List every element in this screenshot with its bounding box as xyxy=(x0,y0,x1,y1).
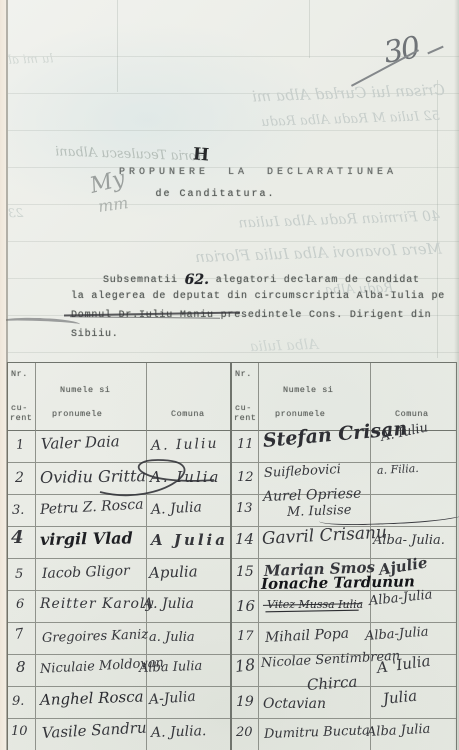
row-number: 20 xyxy=(236,726,253,739)
row-number: 12 xyxy=(237,471,254,484)
comuna-text: a. Julia xyxy=(149,631,195,644)
signature-text: Gregoires Kaniz xyxy=(42,628,149,645)
comuna-text: Alba-Julia xyxy=(365,626,429,643)
declaration-text: alegatori declaram de candidat xyxy=(216,275,420,286)
scanned-document-page: Crisan lui Curlad Alba mi 52 Iulia M Rad… xyxy=(0,0,459,750)
header-text: Nr. xyxy=(11,369,28,379)
row-number: 14 xyxy=(235,532,254,547)
header-text: rent xyxy=(234,413,256,423)
bleedthrough-text: 23 xyxy=(8,206,24,221)
col-header-nr: Nr. cu- rent xyxy=(232,363,259,431)
row-number: 7 xyxy=(14,627,25,642)
name-cell: Reitter Karoly xyxy=(36,591,147,623)
row-number-cell: 17 xyxy=(232,623,259,655)
comuna-text: A-Julia xyxy=(149,690,197,707)
signature-text: Vasile Sandru xyxy=(42,721,147,741)
signature-text: Chirca xyxy=(306,674,357,692)
name-cell: Dumitru Bucuta xyxy=(259,719,371,750)
row-number: 15 xyxy=(236,565,254,579)
comuna-cell: Alba Iulia xyxy=(147,655,230,687)
comuna-text: A. Julia xyxy=(143,597,194,611)
name-cell: Stefan Crisan xyxy=(259,431,371,463)
header-text: pronumele xyxy=(52,409,102,419)
signature-text: Reitter Karoly xyxy=(40,597,154,611)
comuna-text: Alba Iulia xyxy=(139,660,203,675)
name-cell: Anghel Rosca xyxy=(36,687,147,719)
comuna-cell: Alba Julia xyxy=(371,719,456,750)
row-number-cell: 4 xyxy=(8,527,36,559)
header-text: rent xyxy=(10,413,32,423)
row-number: 4 xyxy=(11,529,24,547)
comuna-cell: Alba-Julia xyxy=(371,591,456,623)
name-cell: Aurel Opriese M. Iulsise xyxy=(259,495,371,527)
header-text: pronumele xyxy=(275,409,325,419)
signature-text: virgil Vlad xyxy=(40,530,133,548)
row-number: 3. xyxy=(12,504,24,517)
comuna-text: Julia xyxy=(382,688,418,706)
row-number-cell: 11 xyxy=(232,431,259,463)
comuna-cell: a. Julia xyxy=(147,623,230,655)
declaration-line-4: Sibiiu. xyxy=(71,329,119,340)
name-cell: Iacob Gligor xyxy=(36,559,147,591)
row-number: 16 xyxy=(236,599,255,614)
comuna-text: a. Filia. xyxy=(377,463,419,476)
row-number-cell: 14 xyxy=(232,527,259,559)
signature-text: Aurel Opriese xyxy=(263,487,362,504)
declaration-line-3: Domnul Dr.Iuliu Maniu presedintele Cons.… xyxy=(71,310,431,321)
declaration-line-1: Subsemnatii 62. alegatori declaram de ca… xyxy=(103,272,420,288)
comuna-cell: Apulia xyxy=(147,559,230,591)
comuna-cell: A 'Iulia xyxy=(371,655,456,687)
header-text: Numele si xyxy=(283,385,333,395)
comuna-cell: A Julia xyxy=(147,527,230,559)
scan-edge xyxy=(454,0,459,750)
row-number: 9. xyxy=(12,695,24,708)
signature-text: Iacob Gligor xyxy=(42,564,130,581)
comuna-cell: Julia xyxy=(371,687,456,719)
bleedthrough-line xyxy=(117,0,118,92)
row-number-cell: 8 xyxy=(8,655,36,687)
header-text: cu- xyxy=(11,403,28,413)
row-number-cell: 15 xyxy=(232,559,259,591)
document-subtitle: de Canditatura. xyxy=(108,189,323,200)
row-number: 1 xyxy=(16,438,25,452)
row-number-cell: 1 xyxy=(8,431,36,463)
row-number: 13 xyxy=(236,502,253,515)
comuna-cell: A. Julia xyxy=(147,591,230,623)
bleedthrough-line xyxy=(309,0,310,58)
bleedthrough-text: Alba Iulia xyxy=(250,337,319,355)
col-header-nr: Nr. cu- rent xyxy=(8,363,36,431)
signature-text: Anghel Rosca xyxy=(40,689,144,708)
signature-text: Gavril Crisanu xyxy=(262,524,388,548)
row-number-cell: 13 xyxy=(232,495,259,527)
row-number-cell: 2 xyxy=(8,463,36,495)
row-number-cell: 7 xyxy=(8,623,36,655)
ink-initial-mark: H xyxy=(192,144,209,165)
overwritten-signature: Ionache Tardunun xyxy=(261,574,415,592)
header-text: Numele si xyxy=(60,385,110,395)
declaration-line-2: la alegerea de deputat din circumscripti… xyxy=(71,291,445,302)
header-text: cu- xyxy=(235,403,252,413)
row-number-cell: 5 xyxy=(8,559,36,591)
header-text: Comuna xyxy=(171,409,205,419)
candidates-table-left: Nr. cu- rent Numele si pronumele Comuna … xyxy=(7,362,231,750)
name-cell: virgil Vlad xyxy=(36,527,147,559)
comuna-text: A. Julia. xyxy=(151,724,207,740)
row-number: 11 xyxy=(237,438,254,451)
row-number: 8 xyxy=(16,660,26,675)
row-number-cell: 3. xyxy=(8,495,36,527)
row-number: 17 xyxy=(237,630,254,643)
row-number-cell: 20 xyxy=(232,719,259,750)
row-number-cell: 19 xyxy=(232,687,259,719)
comuna-cell: A. Julia. xyxy=(147,719,230,750)
col-header-name: Numele si pronumele xyxy=(36,363,147,431)
name-cell: Gavril Crisanu xyxy=(259,527,371,559)
comuna-cell: A. Iuliu xyxy=(371,431,456,463)
comuna-text: Alba- Julia. xyxy=(373,534,445,547)
row-number-cell: 10 xyxy=(8,719,36,750)
signature-flourish xyxy=(92,450,232,510)
row-number-cell: 12 xyxy=(232,463,259,495)
candidates-table-right: Nr. cu- rent Numele si pronumele Comuna … xyxy=(231,362,457,750)
comuna-cell: Alba- Julia. xyxy=(371,527,456,559)
col-header-comuna: Comuna xyxy=(147,363,230,431)
document-title: PROPUNERE LA DECLARATIUNEA xyxy=(88,167,428,178)
comuna-text: A Julia xyxy=(151,533,228,548)
row-number: 5 xyxy=(15,568,23,581)
comuna-text: Alba-Julia xyxy=(368,588,433,608)
elector-count: 62. xyxy=(185,272,209,288)
row-number: 2 xyxy=(15,471,24,485)
comuna-text: Alba Julia xyxy=(367,723,431,739)
row-number-cell: 18 xyxy=(232,655,259,687)
col-header-name: Numele si pronumele xyxy=(259,363,371,431)
signature-text: Mihail Popa xyxy=(265,627,350,645)
declaration-text: Subsemnatii xyxy=(103,275,178,286)
signature-text: Suiflebovici xyxy=(264,463,341,480)
row-number: 19 xyxy=(236,695,254,709)
row-number: 18 xyxy=(234,657,256,675)
header-text: Nr. xyxy=(235,369,252,379)
name-cell: Gregoires Kaniz xyxy=(36,623,147,655)
name-cell: Ionache Tardunun Vitez Mussa Iulia xyxy=(259,591,371,623)
name-cell: Chirca Octavian xyxy=(259,687,371,719)
signature-text: Dumitru Bucuta xyxy=(264,724,370,741)
row-number-cell: 6 xyxy=(8,591,36,623)
comuna-cell: A-Julia xyxy=(147,687,230,719)
signature-text: Octavian xyxy=(263,697,326,711)
row-number: 6 xyxy=(16,598,24,611)
name-cell: Vasile Sandru xyxy=(36,719,147,750)
comuna-text: Apulia xyxy=(149,564,198,581)
row-number-cell: 9. xyxy=(8,687,36,719)
row-number: 10 xyxy=(11,725,28,738)
row-number-cell: 16 xyxy=(232,591,259,623)
comuna-text: A 'Iulia xyxy=(376,654,431,676)
comuna-cell: a. Filia. xyxy=(371,463,456,495)
page-fold-line xyxy=(6,0,8,750)
bleedthrough-text: lu mi al xyxy=(8,51,54,67)
name-cell: Niculaie Moldovan xyxy=(36,655,147,687)
